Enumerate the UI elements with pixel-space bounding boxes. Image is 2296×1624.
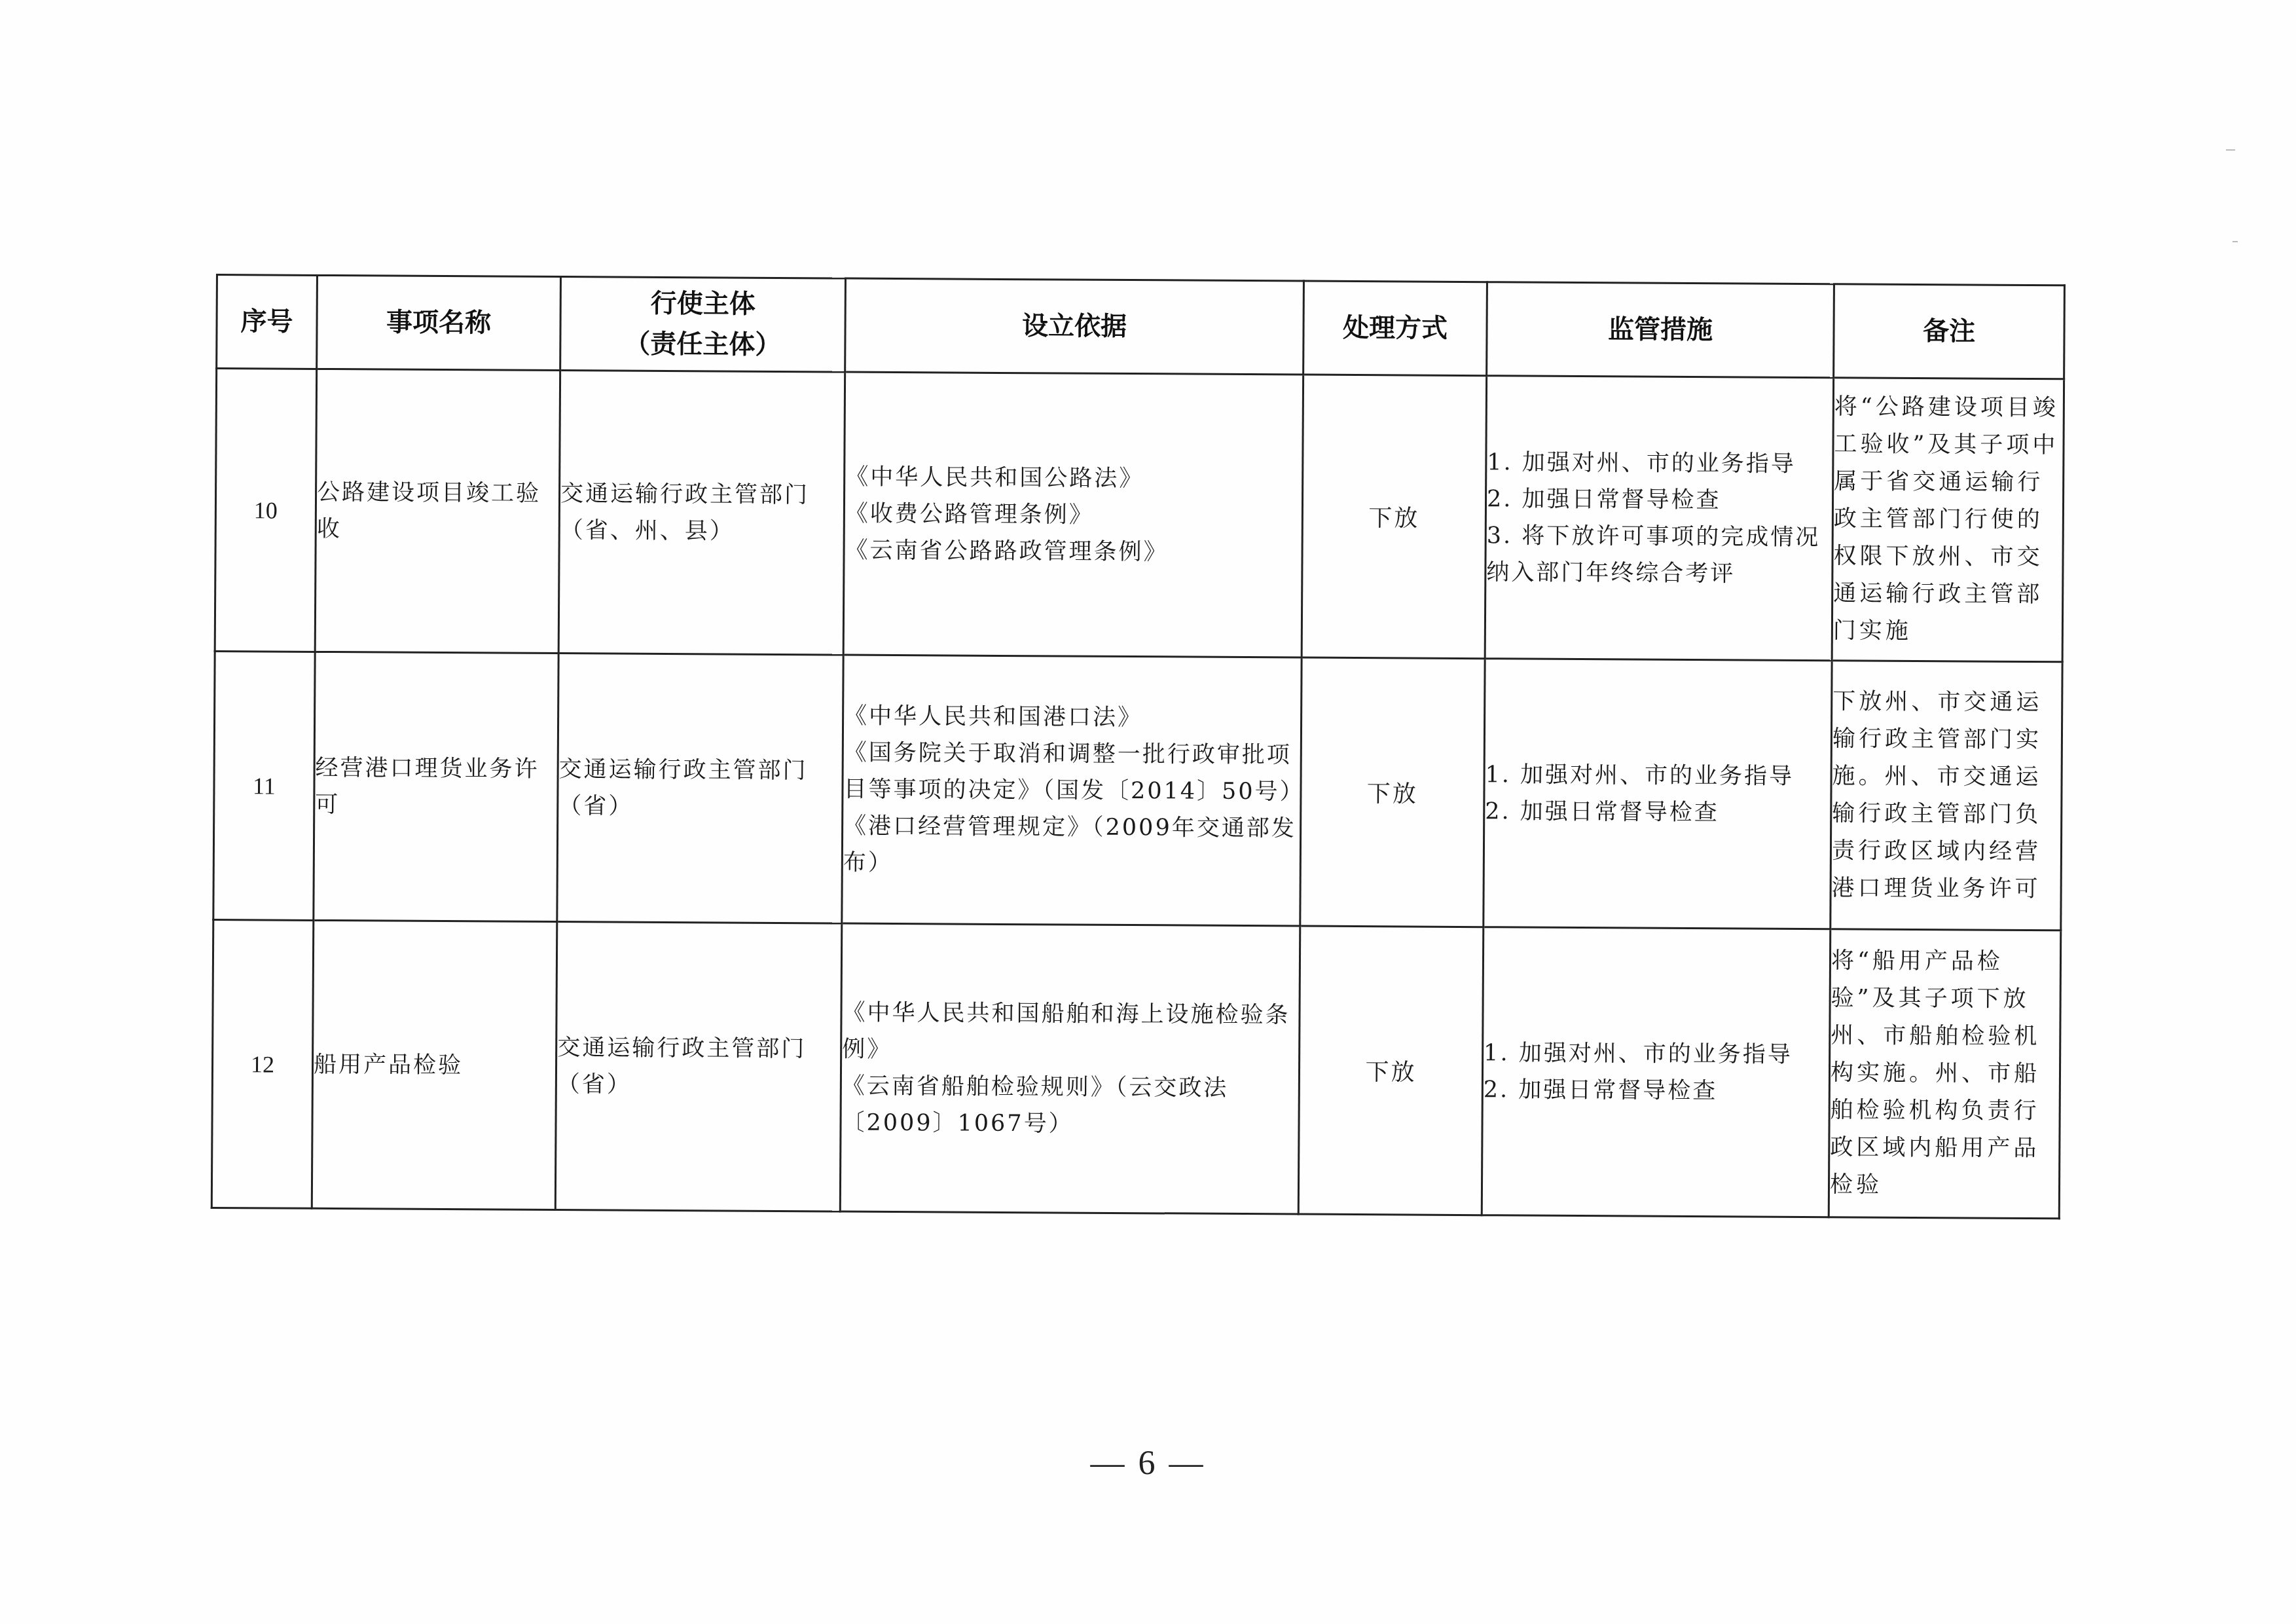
scan-artifact [2232, 241, 2238, 242]
cell-item-name: 公路建设项目竣工验收 [315, 369, 560, 653]
page-number: — 6 — [0, 1444, 2296, 1483]
cell-remarks: 将“船用产品检验”及其子项下放州、市船舶检验机构实施。州、市船舶检验机构负责行政… [1829, 929, 2061, 1219]
cell-basis: 《中华人民共和国公路法》 《收费公路管理条例》 《云南省公路路政管理条例》 [843, 372, 1303, 657]
table-row: 10 公路建设项目竣工验收 交通运输行政主管部门 （省、州、县） 《中华人民共和… [215, 369, 2064, 662]
supervision-item: 3. 将下放许可事项的完成情况纳入部门年终综合考评 [1486, 517, 1832, 593]
supervision-item: 2. 加强日常督导检查 [1484, 1071, 1829, 1110]
basis-line: 《中华人民共和国公路法》 [845, 458, 1302, 498]
basis-line: 《港口经营管理规定》（2009年交通部发布） [843, 807, 1300, 883]
table-row: 12 船用产品检验 交通运输行政主管部门 （省） 《中华人民共和国船舶和海上设施… [211, 919, 2060, 1218]
cell-seq: 12 [211, 919, 314, 1208]
header-seq: 序号 [217, 275, 318, 369]
cell-handling: 下放 [1300, 657, 1485, 927]
cell-remarks: 下放州、市交通运输行政主管部门实施。州、市交通运输行政主管部门负责行政区域内经营… [1831, 661, 2062, 931]
cell-subject: 交通运输行政主管部门 （省） [555, 922, 842, 1211]
header-subject-line2: （责任主体） [561, 323, 844, 365]
cell-subject: 交通运输行政主管部门 （省） [557, 654, 843, 923]
cell-supervision: 1. 加强对州、市的业务指导 2. 加强日常督导检查 [1482, 927, 1831, 1217]
cell-item-name: 经营港口理货业务许可 [314, 652, 558, 921]
administrative-items-table: 序号 事项名称 行使主体 （责任主体） 设立依据 处理方式 监管措施 备注 10… [211, 274, 2066, 1219]
supervision-item: 1. 加强对州、市的业务指导 [1487, 444, 1832, 483]
header-handling: 处理方式 [1303, 281, 1487, 376]
cell-seq: 10 [215, 369, 316, 652]
cell-supervision: 1. 加强对州、市的业务指导 2. 加强日常督导检查 [1484, 659, 1832, 929]
header-subject-line1: 行使主体 [562, 283, 845, 325]
supervision-item: 2. 加强日常督导检查 [1485, 793, 1830, 832]
cell-handling: 下放 [1298, 926, 1484, 1215]
basis-line: 《云南省船舶检验规则》（云交政法〔2009〕1067号） [841, 1067, 1298, 1143]
header-basis: 设立依据 [845, 278, 1304, 375]
scan-artifact [2226, 149, 2235, 151]
header-supervision: 监管措施 [1487, 282, 1834, 378]
basis-line: 《中华人民共和国船舶和海上设施检验条例》 [842, 994, 1299, 1070]
cell-remarks: 将“公路建设项目竣工验收”及其子项中属于省交通运输行政主管部门行使的权限下放州、… [1832, 378, 2064, 662]
header-remarks: 备注 [1834, 284, 2065, 379]
table-row: 11 经营港口理货业务许可 交通运输行政主管部门 （省） 《中华人民共和国港口法… [213, 651, 2062, 930]
basis-line: 《云南省公路路政管理条例》 [845, 532, 1301, 571]
supervision-item: 2. 加强日常督导检查 [1487, 481, 1832, 519]
supervision-item: 1. 加强对州、市的业务指导 [1484, 1035, 1829, 1073]
header-subject: 行使主体 （责任主体） [560, 277, 846, 373]
basis-line: 《国务院关于取消和调整一批行政审批项目等事项的决定》（国发〔2014〕50号） [843, 734, 1300, 810]
cell-supervision: 1. 加强对州、市的业务指导 2. 加强日常督导检查 3. 将下放许可事项的完成… [1485, 376, 1833, 661]
cell-item-name: 船用产品检验 [312, 920, 557, 1209]
cell-basis: 《中华人民共和国港口法》 《国务院关于取消和调整一批行政审批项目等事项的决定》（… [842, 655, 1302, 926]
cell-handling: 下放 [1302, 375, 1486, 659]
basis-line: 《中华人民共和国港口法》 [844, 697, 1300, 737]
basis-line: 《收费公路管理条例》 [845, 495, 1302, 534]
cell-subject: 交通运输行政主管部门 （省、州、县） [558, 371, 845, 655]
table-header-row: 序号 事项名称 行使主体 （责任主体） 设立依据 处理方式 监管措施 备注 [217, 275, 2065, 379]
cell-seq: 11 [213, 651, 315, 920]
document-page: 序号 事项名称 行使主体 （责任主体） 设立依据 处理方式 监管措施 备注 10… [0, 0, 2296, 1624]
cell-basis: 《中华人民共和国船舶和海上设施检验条例》 《云南省船舶检验规则》（云交政法〔20… [840, 923, 1300, 1214]
supervision-item: 1. 加强对州、市的业务指导 [1485, 756, 1830, 795]
header-item-name: 事项名称 [317, 275, 561, 370]
